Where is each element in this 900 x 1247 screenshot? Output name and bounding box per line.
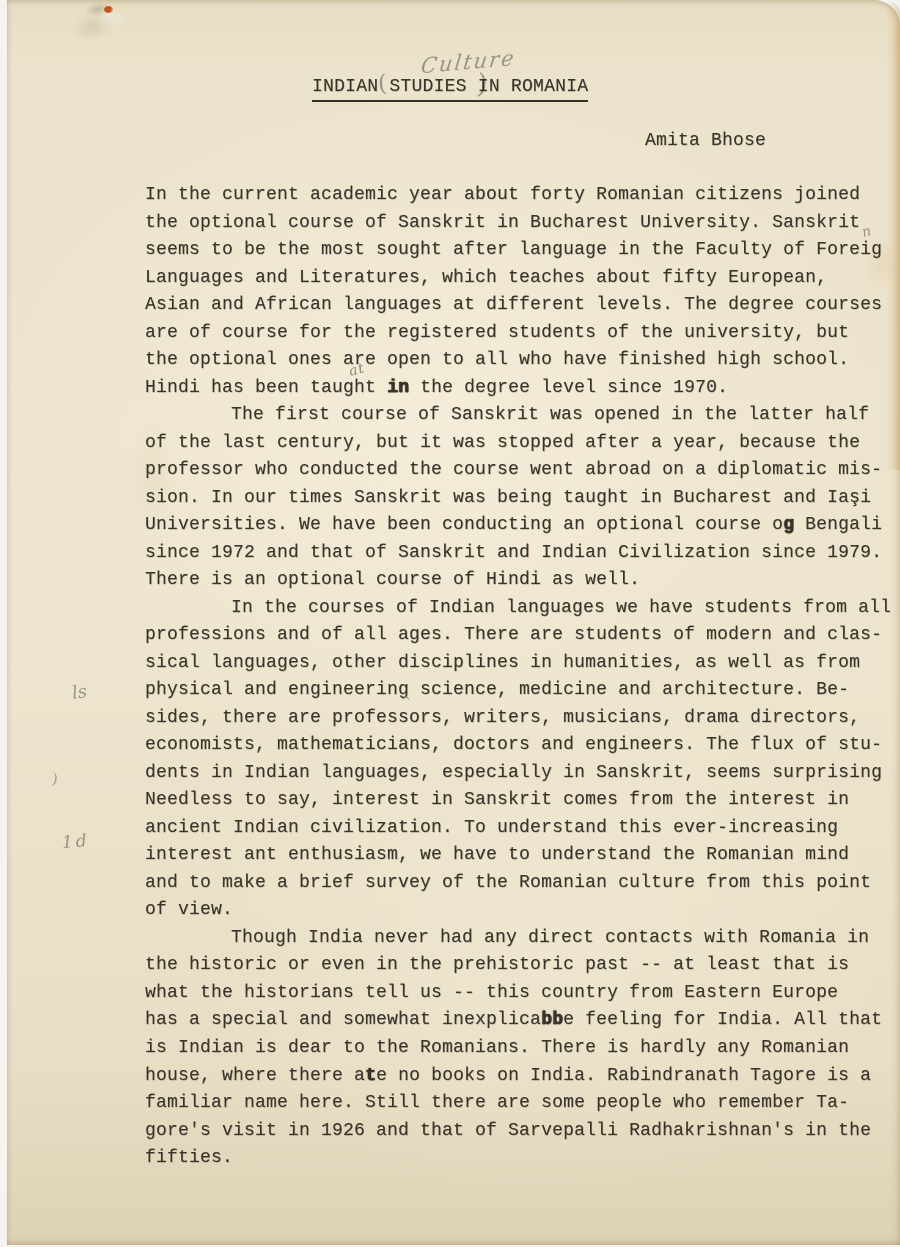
text-line: of view. [145, 897, 900, 925]
typed-text: In the current academic year about forty… [145, 182, 900, 1173]
text-line: Needless to say, interest in Sanskrit co… [145, 787, 900, 815]
margin-note-1d: 1d [61, 831, 90, 853]
text-line: In the current academic year about forty… [145, 182, 900, 210]
text-line: In the courses of Indian languages we ha… [145, 595, 900, 623]
text-line: seems to be the most sought after langua… [145, 237, 900, 265]
text-line: the optional ones are open to all who ha… [145, 347, 900, 375]
text-line: sical languages, other disciplines in hu… [145, 650, 900, 678]
text-line: are of course for the registered student… [145, 320, 900, 348]
overstruck-text: in [387, 378, 409, 398]
text-line: economists, mathematicians, doctors and … [145, 732, 900, 760]
text-line: the historic or even in the prehistoric … [145, 952, 900, 980]
text-line: Universities. We have been conducting an… [145, 512, 900, 540]
rust-spot [104, 6, 113, 13]
text-line: fifties. [145, 1145, 900, 1173]
text-line: Languages and Literatures, which teaches… [145, 265, 900, 293]
text-line: is Indian is dear to the Romanians. Ther… [145, 1035, 900, 1063]
text-line: what the historians tell us -- this coun… [145, 980, 900, 1008]
overstruck-text: g [783, 515, 794, 535]
text-line: familiar name here. Still there are some… [145, 1090, 900, 1118]
text-line: house, where there ate no books on India… [145, 1063, 900, 1091]
text-line: the optional course of Sanskrit in Bucha… [145, 210, 900, 238]
text-line: since 1972 and that of Sanskrit and Indi… [145, 540, 900, 568]
text-line: of the last century, but it was stopped … [145, 430, 900, 458]
text-line: sion. In our times Sanskrit was being ta… [145, 485, 900, 513]
text-line: sides, there are professors, writers, mu… [145, 705, 900, 733]
text-line: has a special and somewhat inexplicabbe … [145, 1007, 900, 1035]
scanned-page: { "header": { "title": "INDIAN STUDIES I… [0, 0, 900, 1247]
text-line: interest ant enthusiasm, we have to unde… [145, 842, 900, 870]
text-line: and to make a brief survey of the Romani… [145, 870, 900, 898]
text-line: The first course of Sanskrit was opened … [145, 402, 900, 430]
text-line: Asian and African languages at different… [145, 292, 900, 320]
pencil-caret: ^ [401, 694, 411, 708]
text-line: There is an optional course of Hindi as … [145, 567, 900, 595]
overstruck-text: bb [541, 1010, 563, 1030]
margin-note-ls: ls [71, 681, 89, 704]
overstruck-text: t [365, 1066, 376, 1086]
text-line: Hindi has been taught in the degree leve… [145, 375, 900, 403]
text-line: dents in Indian languages, especially in… [145, 760, 900, 788]
text-line: ancient Indian civilization. To understa… [145, 815, 900, 843]
text-line: gore's visit in 1926 and that of Sarvepa… [145, 1118, 900, 1146]
text-line: physical and engineering science, medici… [145, 677, 900, 705]
text-line: professions and of all ages. There are s… [145, 622, 900, 650]
text-line: Though India never had any direct contac… [145, 925, 900, 953]
author-name: Amita Bhose [645, 131, 766, 151]
page-title: INDIAN STUDIES IN ROMANIA [312, 77, 588, 102]
text-line: professor who conducted the course went … [145, 457, 900, 485]
